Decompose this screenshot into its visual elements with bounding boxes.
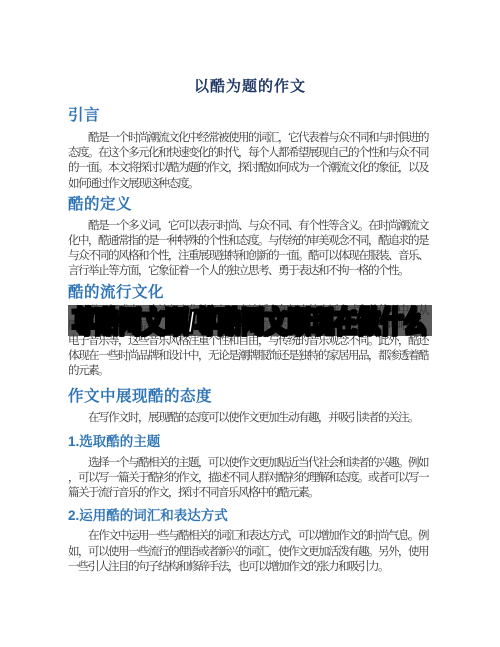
document-title: 以酷为题的作文 bbox=[68, 78, 432, 96]
paragraph-essay-attitude: 在写作文时，展现酷的态度可以使作文更加生动有趣，并吸引读者的关注。 bbox=[68, 411, 434, 426]
subsection-heading-use-vocabulary: 2.运用酷的词汇和表达方式 bbox=[68, 507, 432, 525]
paragraph-use-vocabulary: 在作文中运用一些与酷相关的词汇和表达方式，可以增加作文的时尚气息。例 如，可以使… bbox=[68, 529, 434, 575]
paragraph-choose-theme: 选择一个与酷相关的主题，可以使作文更加贴近当代社会和读者的兴趣。例如 ，可以写一… bbox=[68, 456, 434, 502]
section-heading-definition: 酷的定义 bbox=[68, 195, 432, 215]
section-heading-essay-attitude: 作文中展现酷的态度 bbox=[68, 387, 432, 407]
document-page: 以酷为题的作文 引言 酷是一个时尚潮流文化中经常被使用的词汇，它代表着与众不同和… bbox=[0, 0, 500, 647]
watermark-text: 尊酷网文颐/尊酷网文颐现在做什么 bbox=[73, 300, 427, 341]
paragraph-introduction: 酷是一个时尚潮流文化中经常被使用的词汇，它代表着与众不同和与时俱进的 态度。在这… bbox=[68, 131, 434, 192]
subsection-heading-choose-theme: 1.选取酷的主题 bbox=[68, 433, 432, 451]
section-heading-introduction: 引言 bbox=[68, 106, 432, 126]
watermark-banner: 尊酷网文颐/尊酷网文颐现在做什么 bbox=[68, 305, 432, 336]
paragraph-definition: 酷是一个多义词，它可以表示时尚、与众不同、有个性等含义。在时尚潮流文 化中，酷通… bbox=[68, 219, 434, 280]
